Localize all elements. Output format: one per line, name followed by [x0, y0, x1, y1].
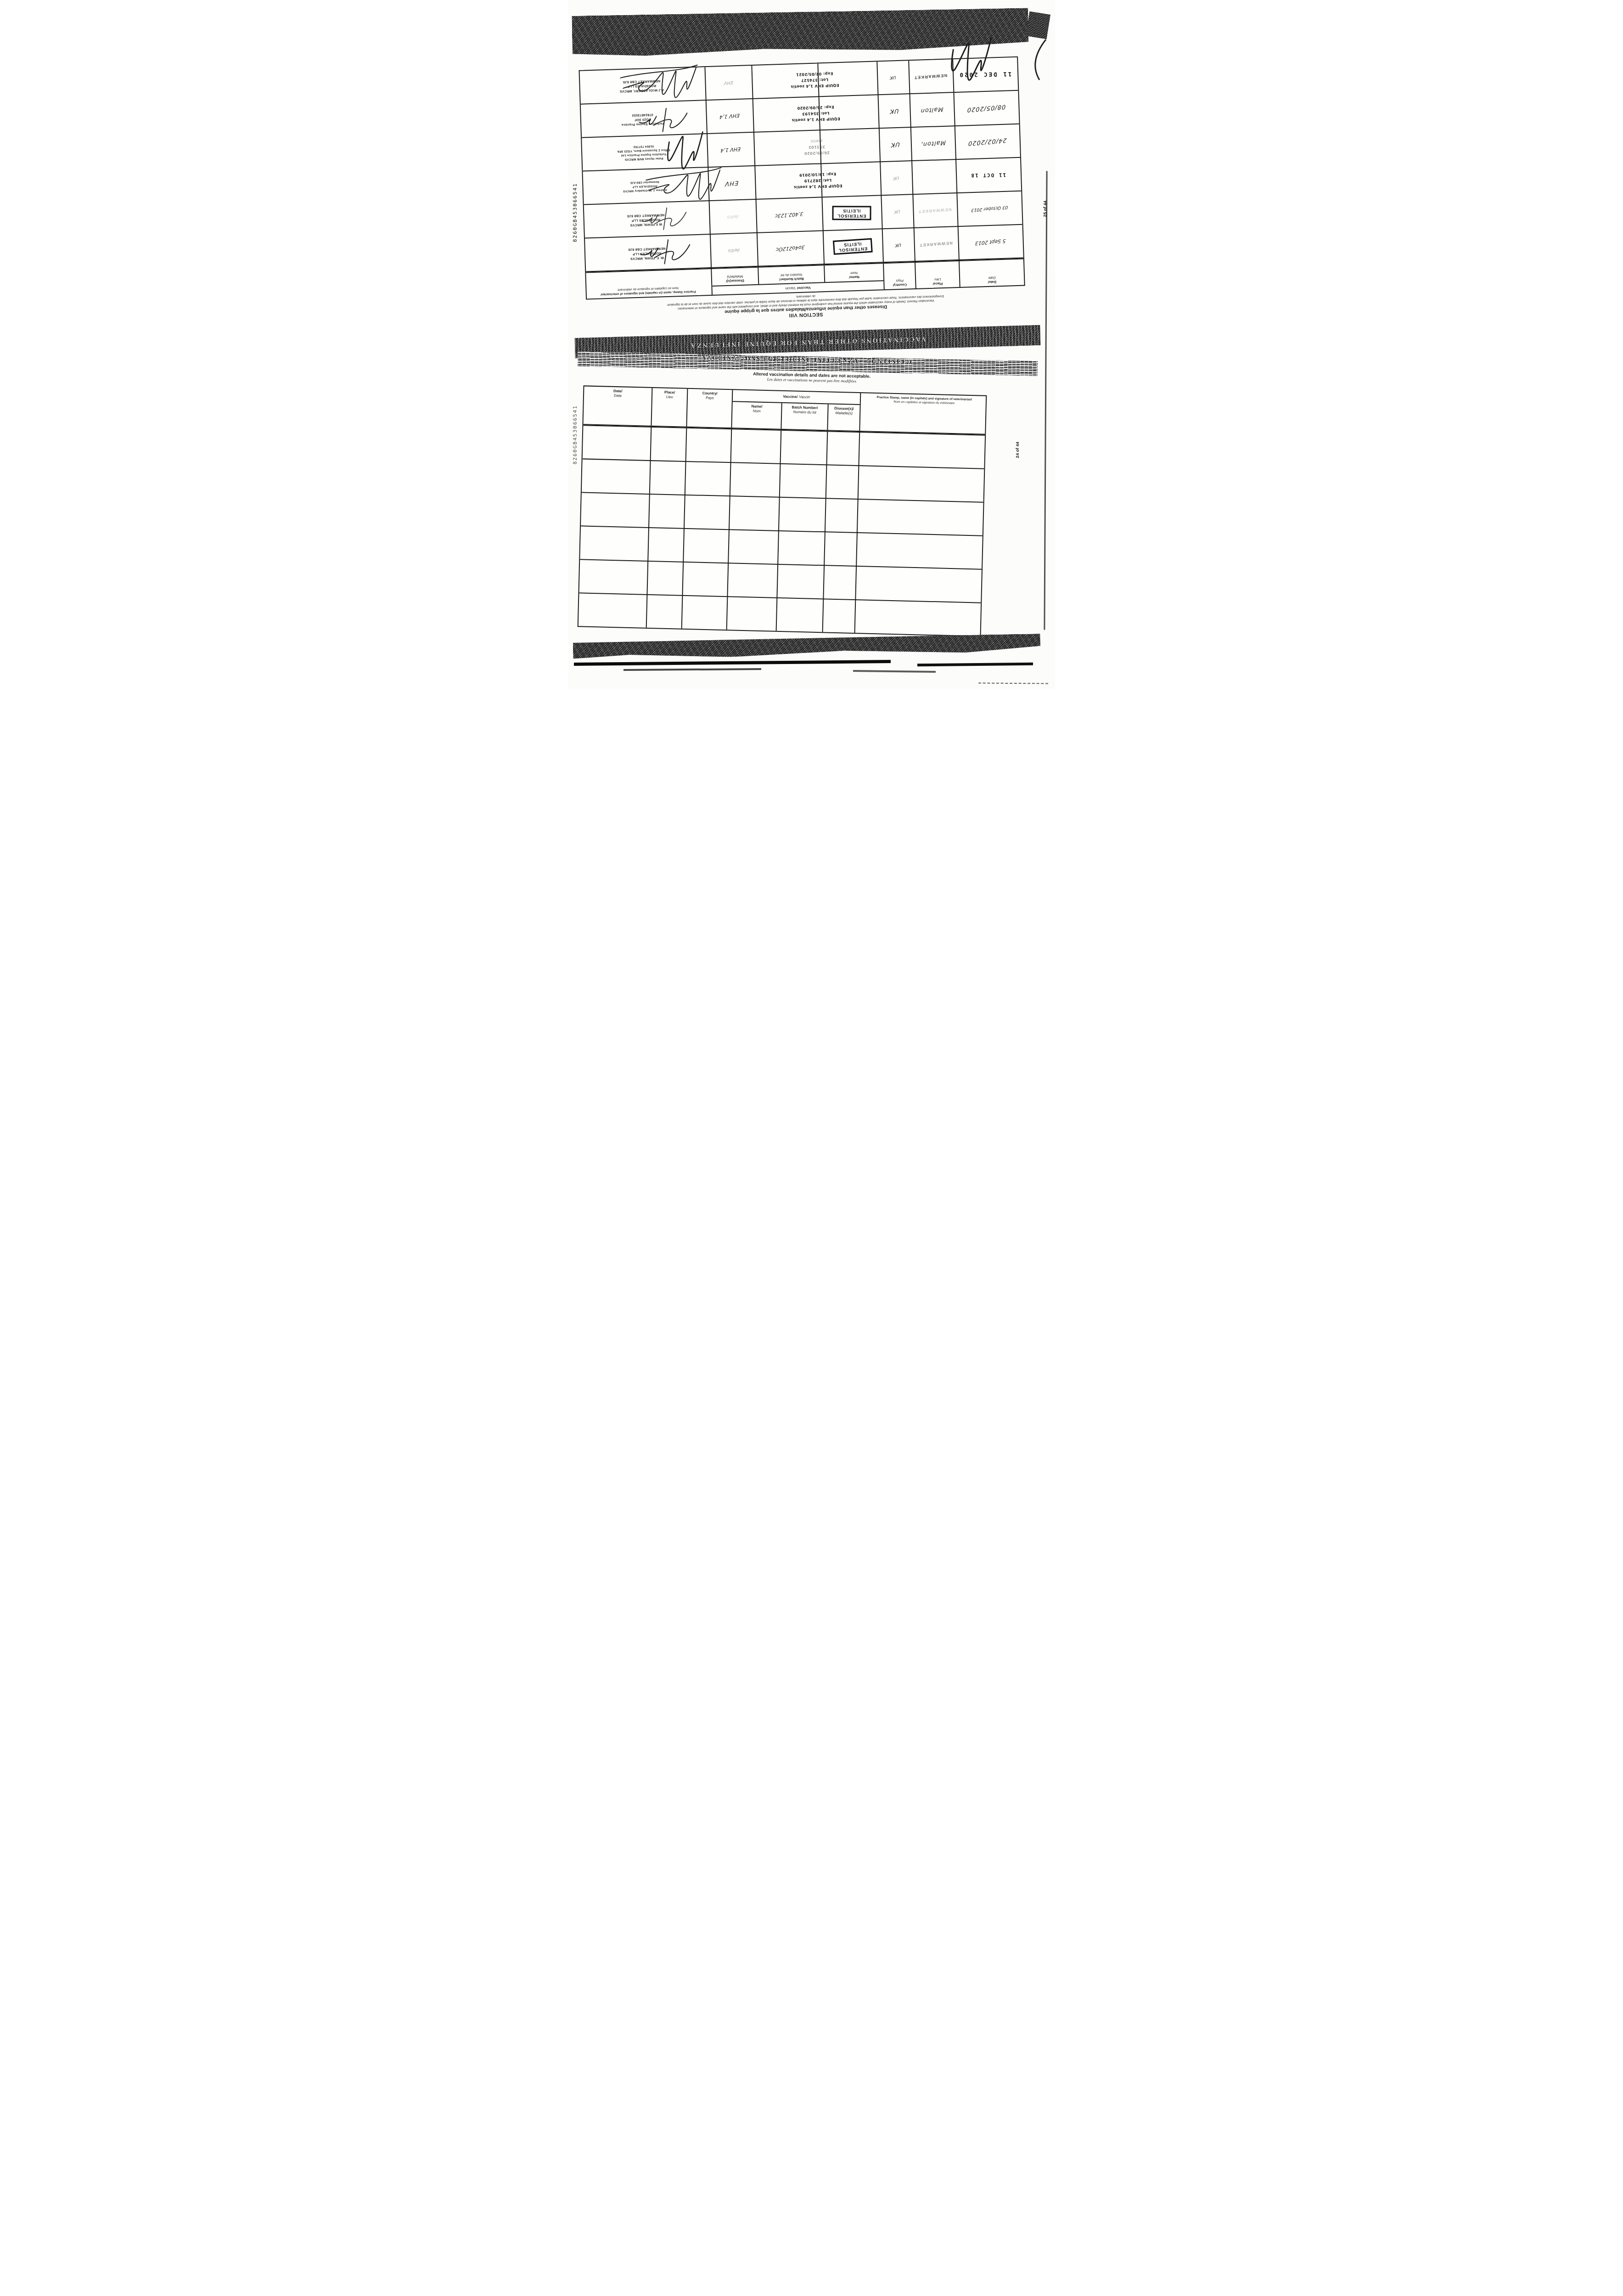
header-vaccine-group: Vaccine/ Vaccin Name/ Nom Batch Number/ … [711, 264, 884, 295]
date-handwritten: 03 October 2013 [971, 205, 1008, 213]
page-edge-shadow [1044, 171, 1047, 630]
table-body-empty [578, 424, 984, 636]
header-practice-stamp: Practice Stamp, name (in capitals) and s… [584, 269, 712, 299]
scan-streak [917, 663, 1033, 667]
enterisol-ileitis-stamp: ENTERISOL ILEITIS [832, 206, 871, 220]
date-handwritten: 24/02/2020 [967, 137, 1006, 147]
date-stamp: 11 OCT 18 [970, 172, 1006, 179]
scan-noise-blob [1026, 11, 1050, 39]
header-batch: Batch Number/ Numéro du lot [758, 266, 824, 285]
country-handwritten: UK [889, 75, 896, 80]
header-date: Date/ Date [958, 259, 1024, 287]
scanned-passport-page: 8260GB453066541 8260GB453066541 25 of 44… [568, 0, 1055, 689]
table-body: 5 Sept 2013 NEWMARKET UK ENTERISOL ILEIT… [579, 57, 1023, 273]
country-handwritten: UK [893, 175, 899, 181]
scan-streak [623, 668, 761, 671]
practice-stamp: Andrew J. McGladdery MRCVS ROSSDALES LLP… [623, 180, 667, 193]
header-vaccine-group: Vaccine/ Vaccin Name/ Nom Batch Number/ … [732, 390, 861, 431]
practice-stamp: A.J McGLADDERY, MRCVS ROSSDALES LLP NEWM… [619, 78, 664, 93]
header-name: Name/ Nom [732, 402, 782, 429]
vaccine-ink-stamp: EQUIP EHV 1,4 zoetis Lot: 282719 Exp: 19… [793, 171, 842, 190]
country-handwritten: UK [894, 209, 900, 214]
header-country: Country/ Pays [883, 263, 915, 289]
disease-handwritten: Ileitis [726, 214, 738, 220]
enterisol-ileitis-stamp: ENTERISOL ILEITIS [832, 238, 872, 255]
lower-vaccination-table: Date/ Date Place/ Lieu Country/ Pays Vac… [577, 385, 987, 636]
place-stamp: NEWMARKET [919, 241, 953, 248]
scan-noise-band-bottom [573, 634, 1040, 659]
dotted-scan-mark [978, 682, 1048, 684]
vaccine-ink-stamp: EQUIP EHV 1,4 zoetis Lot: 374527 Exp: 02… [790, 71, 839, 90]
upper-vaccination-table: Date/ Date Place/ Lieu Country/ Pays Vac… [578, 56, 1025, 300]
header-place: Place/ Lieu [915, 261, 960, 288]
scan-streak [853, 670, 935, 673]
page-number-24: 24 of 44 [1015, 442, 1020, 458]
header-practice-stamp: Practice Stamp, name (in capitals) and s… [860, 393, 988, 434]
document-code-vertical-bottom: 8260GB453066541 [572, 405, 578, 464]
disease-handwritten: EHV 1,4 [719, 113, 739, 120]
place-stamp: NEWMARKET [918, 207, 952, 214]
vaccine-ink-stamp: 26/09/2020 353102 zoetis [803, 138, 830, 157]
country-handwritten: UK [889, 107, 899, 115]
place-handwritten: Malton, [920, 139, 945, 148]
disease-handwritten: EHV 1,4 [720, 146, 740, 154]
practice-stamp: Yorkshire Equine Practice YO23 3OF 07824… [621, 112, 664, 127]
country-handwritten: UK [895, 242, 901, 248]
header-name: Name/ Nom [824, 264, 883, 282]
header-place: Place/ Lieu [651, 388, 688, 427]
date-handwritten: 5 Sept 2013 [975, 238, 1006, 247]
header-country: Country/ Pays [687, 389, 733, 428]
scan-noise-band-top [572, 8, 1028, 58]
page-number-25: 25 of 44 [1043, 201, 1048, 217]
disease-handwritten: Ileitis [728, 248, 740, 253]
vaccine-ink-stamp: EQUIP EHV 1,4 zoetis Lot: 354193 Exp: 26… [791, 104, 840, 123]
date-stamp: 11 DEC 2020 [958, 71, 1011, 79]
page-curl-line [1028, 39, 1048, 81]
disease-handwritten: EHV [724, 80, 733, 86]
date-handwritten: 08/05/2020 [966, 103, 1005, 113]
lower-vaccination-table-wrap: Date/ Date Place/ Lieu Country/ Pays Vac… [577, 385, 987, 636]
header-disease: Disease(s)/ Maladie(s) [828, 404, 859, 431]
practice-stamp: Peter Hynes MVB MRCVS Yorkshire Equine P… [617, 143, 670, 162]
header-batch: Batch Number/ Numéro du lot [781, 403, 828, 430]
practice-stamp: W F FEHIN, MRCVS ROSSDALES LLP NEWMARKET… [627, 212, 665, 227]
place-stamp: NEWMARKET [914, 73, 948, 80]
scan-streak [573, 660, 890, 666]
header-date: Date/ Date [583, 386, 652, 426]
batch-handwritten: 3.402.123c [775, 211, 803, 219]
batch-handwritten: 3o4o212Oc [775, 244, 805, 253]
document-code-vertical-top: 8260GB453066541 [572, 183, 578, 242]
header-disease: Disease(s)/ Maladie(s) [712, 268, 758, 286]
country-handwritten: UK [890, 141, 900, 149]
practice-stamp: W. F. FEHIN, MRCVS ROSSDALES LLP NEWMARK… [628, 246, 666, 261]
disease-handwritten: EHV [724, 180, 739, 188]
rotated-upper-half: SECTION VIII Diseases other than equine … [578, 56, 1026, 325]
place-handwritten: Malton [920, 106, 943, 114]
